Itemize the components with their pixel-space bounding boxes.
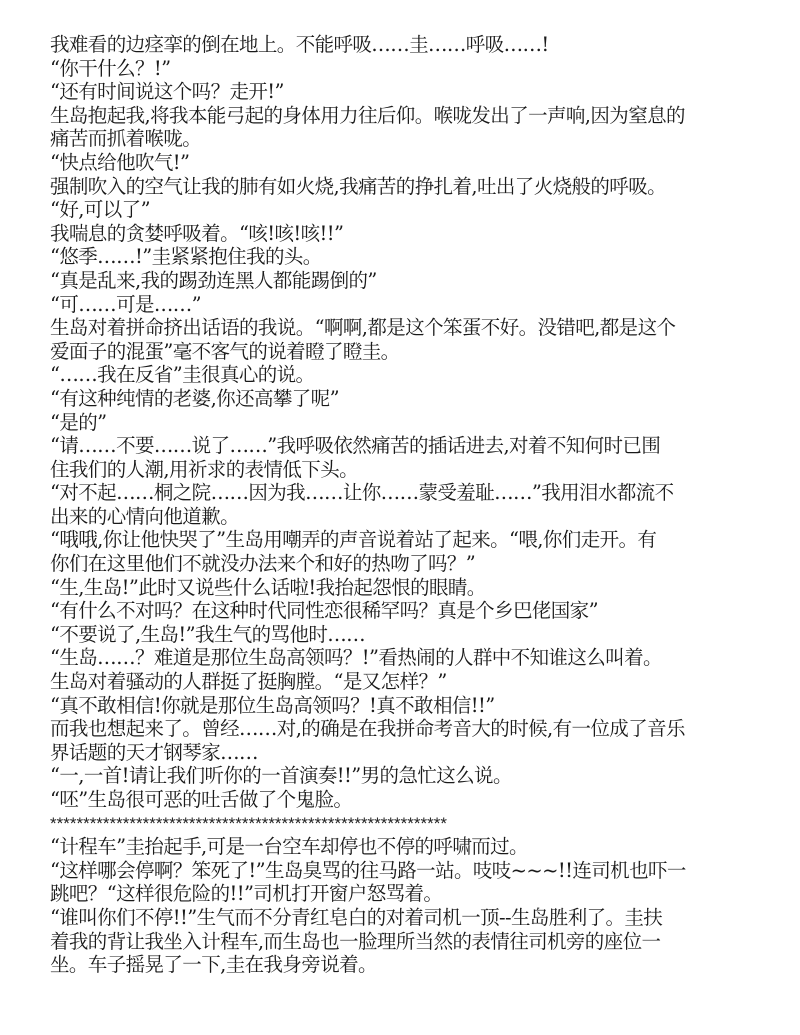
text-line: “这样哪会停啊？笨死了!”生岛臭骂的往马路一站。吱吱~~~!!连司机也吓一 <box>50 859 760 883</box>
text-line: 我喘息的贪婪呼吸着。“咳!咳!咳!!” <box>50 222 760 246</box>
text-line: “有这种纯情的老婆,你还高攀了呢” <box>50 387 760 411</box>
text-line: 生岛对着骚动的人群挺了挺胸膛。“是又怎样？” <box>50 670 760 694</box>
text-line: 你们在这里他们不就没办法来个和好的热吻了吗？” <box>50 552 760 576</box>
text-line: “你干什么？!” <box>50 57 760 81</box>
text-line: “呸”生岛很可恶的吐舌做了个鬼脸。 <box>50 788 760 812</box>
document-page: 我难看的边痉挛的倒在地上。不能呼吸……圭……呼吸……! “你干什么？!” “还有… <box>50 33 760 977</box>
text-line: 而我也想起来了。曾经……对,的确是在我拼命考音大的时候,有一位成了音乐 <box>50 717 760 741</box>
text-line: “有什么不对吗？在这种时代同性恋很稀罕吗？真是个乡巴佬国家” <box>50 599 760 623</box>
text-line: “还有时间说这个吗？走开!” <box>50 80 760 104</box>
text-line: “一,一首!请让我们听你的一首演奏!!”男的急忙这么说。 <box>50 764 760 788</box>
text-line: 我难看的边痉挛的倒在地上。不能呼吸……圭……呼吸……! <box>50 33 760 57</box>
text-line: “谁叫你们不停!!”生气而不分青红皂白的对着司机一顶--生岛胜利了。圭扶 <box>50 906 760 930</box>
text-line: “是的” <box>50 411 760 435</box>
text-line: “请……不要……说了……”我呼吸依然痛苦的插话进去,对着不知何时已围 <box>50 434 760 458</box>
section-divider: ****************************************… <box>50 812 760 836</box>
text-line: 住我们的人潮,用祈求的表情低下头。 <box>50 458 760 482</box>
text-line: “生,生岛!”此时又说些什么话啦!我抬起怨恨的眼睛。 <box>50 576 760 600</box>
text-line: 坐。车子摇晃了一下,圭在我身旁说着。 <box>50 953 760 977</box>
text-line: “好,可以了” <box>50 198 760 222</box>
text-line: 着我的背让我坐入计程车,而生岛也一脸理所当然的表情往司机旁的座位一 <box>50 930 760 954</box>
text-line: “悠季……!”圭紧紧抱住我的头。 <box>50 245 760 269</box>
text-line: 跳吧？“这样很危险的!!”司机打开窗户怒骂着。 <box>50 882 760 906</box>
text-line: “真是乱来,我的踢劲连黑人都能踢倒的” <box>50 269 760 293</box>
text-line: “哦哦,你让他快哭了”生岛用嘲弄的声音说着站了起来。“喂,你们走开。有 <box>50 528 760 552</box>
text-line: 生岛抱起我,将我本能弓起的身体用力往后仰。喉咙发出了一声响,因为窒息的 <box>50 104 760 128</box>
text-line: “不要说了,生岛!”我生气的骂他时…… <box>50 623 760 647</box>
text-line: “计程车”圭抬起手,可是一台空车却停也不停的呼啸而过。 <box>50 835 760 859</box>
text-line: “……我在反省”圭很真心的说。 <box>50 363 760 387</box>
text-line: “对不起……桐之院……因为我……让你……蒙受羞耻……”我用泪水都流不 <box>50 481 760 505</box>
text-line: 爱面子的混蛋”毫不客气的说着瞪了瞪圭。 <box>50 340 760 364</box>
text-line: “生岛……？难道是那位生岛高领吗？!”看热闹的人群中不知谁这么叫着。 <box>50 646 760 670</box>
text-line: 出来的心情向他道歉。 <box>50 505 760 529</box>
text-line: 强制吹入的空气让我的肺有如火烧,我痛苦的挣扎着,吐出了火烧般的呼吸。 <box>50 175 760 199</box>
text-line: “可……可是……” <box>50 293 760 317</box>
text-line: 界话题的天才钢琴家…… <box>50 741 760 765</box>
text-line: 痛苦而抓着喉咙。 <box>50 127 760 151</box>
text-line: “快点给他吹气!” <box>50 151 760 175</box>
text-line: “真不敢相信!你就是那位生岛高领吗？!真不敢相信!!” <box>50 694 760 718</box>
text-line: 生岛对着拼命挤出话语的我说。“啊啊,都是这个笨蛋不好。没错吧,都是这个 <box>50 316 760 340</box>
